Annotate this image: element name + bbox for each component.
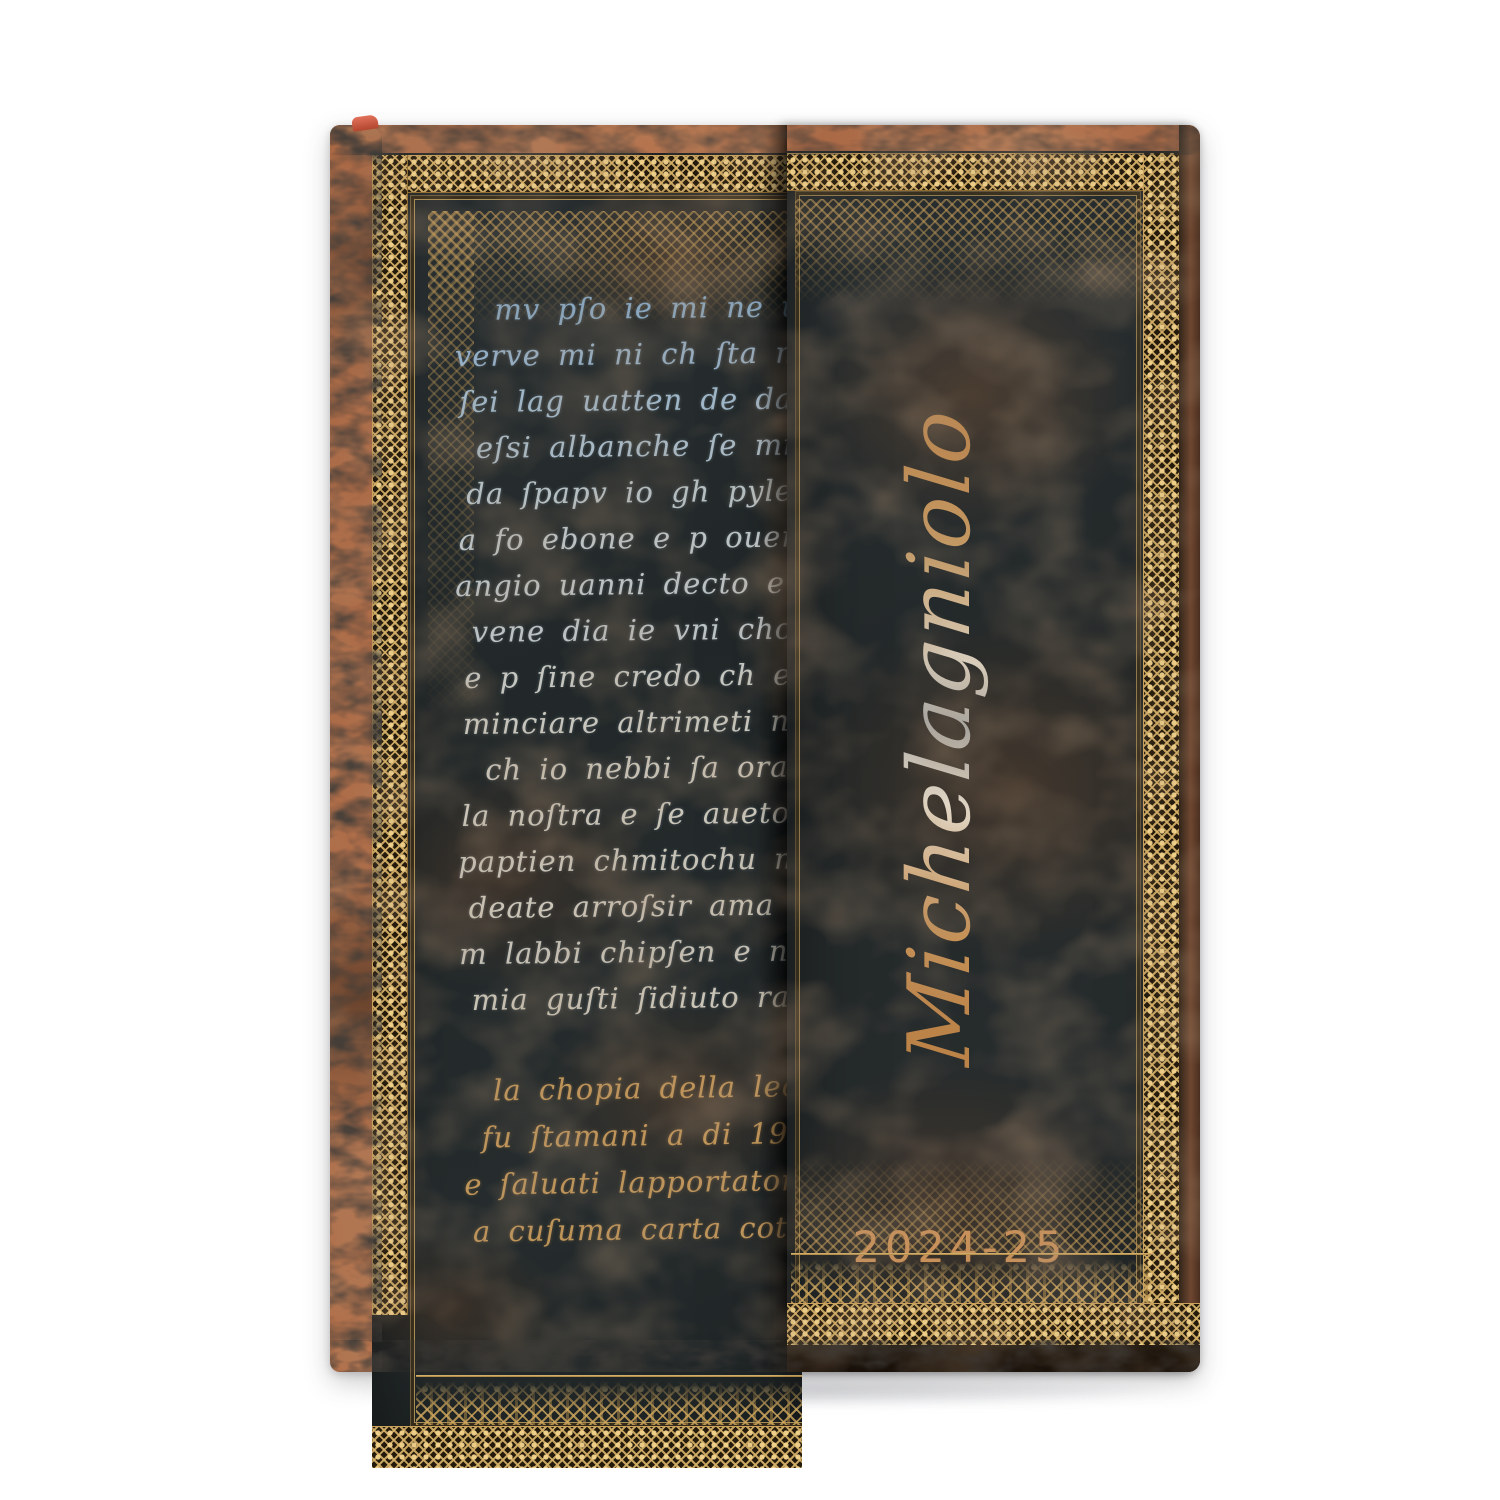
- flap-fore-edge: [1179, 125, 1200, 1372]
- handwriting-line: mia guſti ſidiuto ra: [471, 973, 802, 1023]
- handwriting-line: vene dia ie vni chomteto: [472, 605, 802, 655]
- product-photo: mv pſo ie mi ne ueghuverve mi ni ch ſta …: [0, 0, 1500, 1500]
- handwriting-line: minciare altrimeti no: [462, 697, 802, 747]
- gold-border-top: [372, 155, 802, 193]
- handwriting-line: deate arroſsir ama: [468, 881, 802, 931]
- signature-text: Michelagniolo: [890, 403, 990, 1070]
- handwriting-line: e ſaluati lapportatore e: [464, 1156, 802, 1209]
- handwriting-line: ch io nebbi ſa ora e: [485, 743, 802, 793]
- handwriting-line: fu ſtamani a di 19 dodto: [481, 1109, 802, 1161]
- flap-seam-shadow: [758, 125, 788, 1372]
- handwriting-line: ſei lag uatten de danari ch: [459, 375, 802, 425]
- flap-gold-rule-bottom: [791, 1253, 1151, 1255]
- flap-bottom-edge: [787, 1345, 1200, 1372]
- wrap-closure-flap: Michelagniolo 2024-25: [787, 125, 1200, 1372]
- handwriting-line: m labbi chipſen e noſh: [459, 927, 802, 977]
- ribbon-peek: [351, 114, 379, 131]
- michelangelo-signature: Michelagniolo: [870, 412, 1010, 1062]
- journal-cover: mv pſo ie mi ne ueghuverve mi ni ch ſta …: [330, 125, 1200, 1372]
- flap-gold-border-bottom: [787, 1303, 1200, 1347]
- gold-rule-bottom: [416, 1375, 802, 1377]
- cover-handwriting-pale: mv pſo ie mi ne ueghuverve mi ni ch ſta …: [452, 283, 802, 1023]
- flap-gold-border-right: [1143, 153, 1181, 1345]
- handwriting-line: da ſpapv io gh pylew y pe: [466, 467, 802, 517]
- gold-border-left: [372, 155, 408, 1315]
- handwriting-line: a fo ebone e p ouere torr: [459, 513, 802, 563]
- gold-border-bottom: [372, 1426, 802, 1468]
- handwriting-line: paptien chmitochu m: [458, 835, 802, 885]
- handwriting-line: verve mi ni ch ſta ma cho: [455, 329, 802, 379]
- flap-gold-lattice-top: [795, 199, 1143, 309]
- handwriting-line: e p ſine credo ch e ſacci: [464, 651, 802, 701]
- handwriting-line: la noſtra e ſe aueto: [461, 789, 802, 839]
- flap-gold-border-top: [787, 153, 1179, 191]
- front-cover: mv pſo ie mi ne ueghuverve mi ni ch ſta …: [372, 153, 802, 1468]
- handwriting-line: la chopia della lectera ch: [493, 1062, 802, 1114]
- handwriting-line: mv pſo ie mi ne ueghu: [494, 283, 802, 333]
- cover-handwriting-gold: la chopia della lectera chfu ſtamani a d…: [463, 1062, 802, 1256]
- flap-gold-pendant-band: [791, 1259, 1151, 1303]
- handwriting-line: angio uanni decto e ſeſpapo: [455, 559, 802, 609]
- gold-pendant-band: [416, 1381, 802, 1425]
- handwriting-line: a cuſuma carta cotte cu: [473, 1203, 802, 1255]
- handwriting-line: eſsi albanche ſe mi da cho: [476, 421, 802, 471]
